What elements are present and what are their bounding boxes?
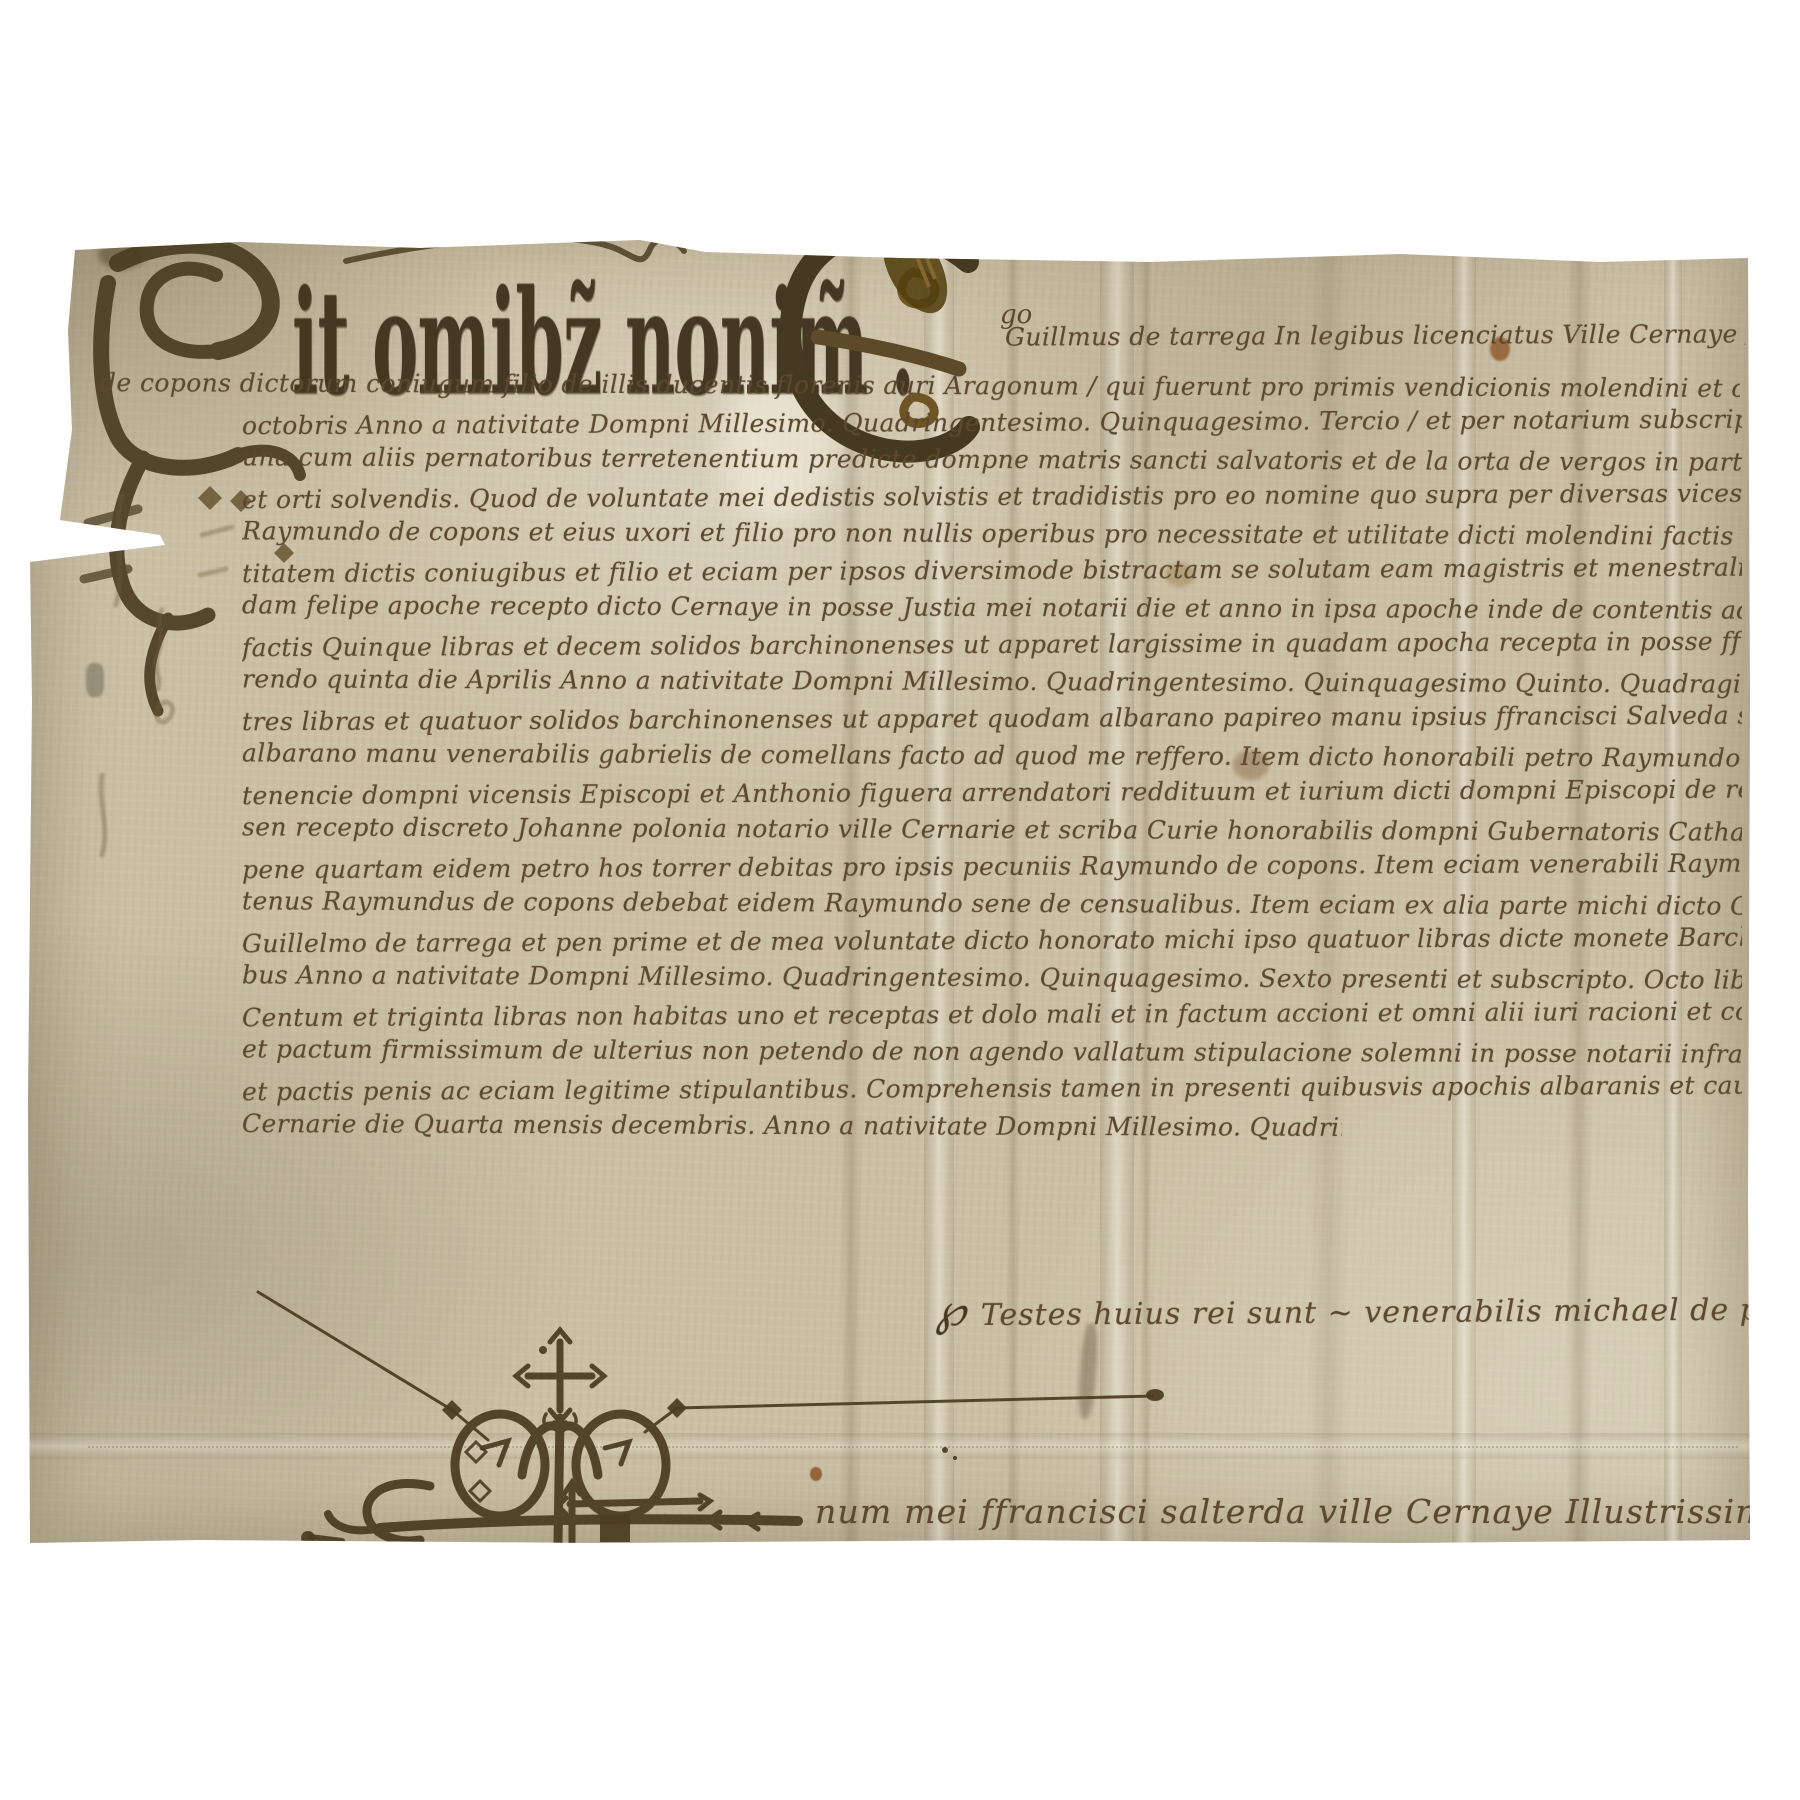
manuscript-text-line: rendo quinta die Aprilis Anno a nativita…	[242, 665, 1742, 699]
manuscript-text-line: Raymundo de copons et eius uxori et fili…	[242, 517, 1742, 551]
manuscript-text-line: una cum aliis pernatoribus terretenentiu…	[242, 443, 1742, 477]
initial-knot	[870, 214, 961, 323]
manuscript-text-line: Guillmus de tarrega In legibus licenciat…	[1005, 320, 1745, 352]
bleedthrough-marks	[62, 475, 262, 895]
notarial-subscription-line: num mei ffrancisci salterda ville Cernay…	[815, 1492, 1750, 1531]
manuscript-text-line: de copons dictorum coniugum filio de ill…	[100, 369, 1740, 403]
manuscript-text-line: et pactum firmissimum de ulterius non pe…	[242, 1035, 1742, 1069]
parchment-sheet: it omibz̃ nonim̃ . go Guillmus de tarreg…	[28, 215, 1750, 1545]
manuscript-text-line: Cernarie die Quarta mensis decembris. An…	[242, 1110, 1342, 1143]
manuscript-text-line: bus Anno a nativitate Dompni Millesimo. …	[242, 961, 1742, 995]
manuscript-photo-page: it omibz̃ nonim̃ . go Guillmus de tarreg…	[0, 0, 1800, 1800]
manuscript-text-line: sen recepto discreto Johanne polonia not…	[242, 813, 1742, 847]
manuscript-text-line: dam felipe apoche recepto dicto Cernaye …	[242, 591, 1742, 625]
manuscript-text-line: albarano manu venerabilis gabrielis de c…	[242, 739, 1742, 773]
manuscript-text-line: tenus Raymundus de copons debebat eidem …	[242, 887, 1742, 921]
